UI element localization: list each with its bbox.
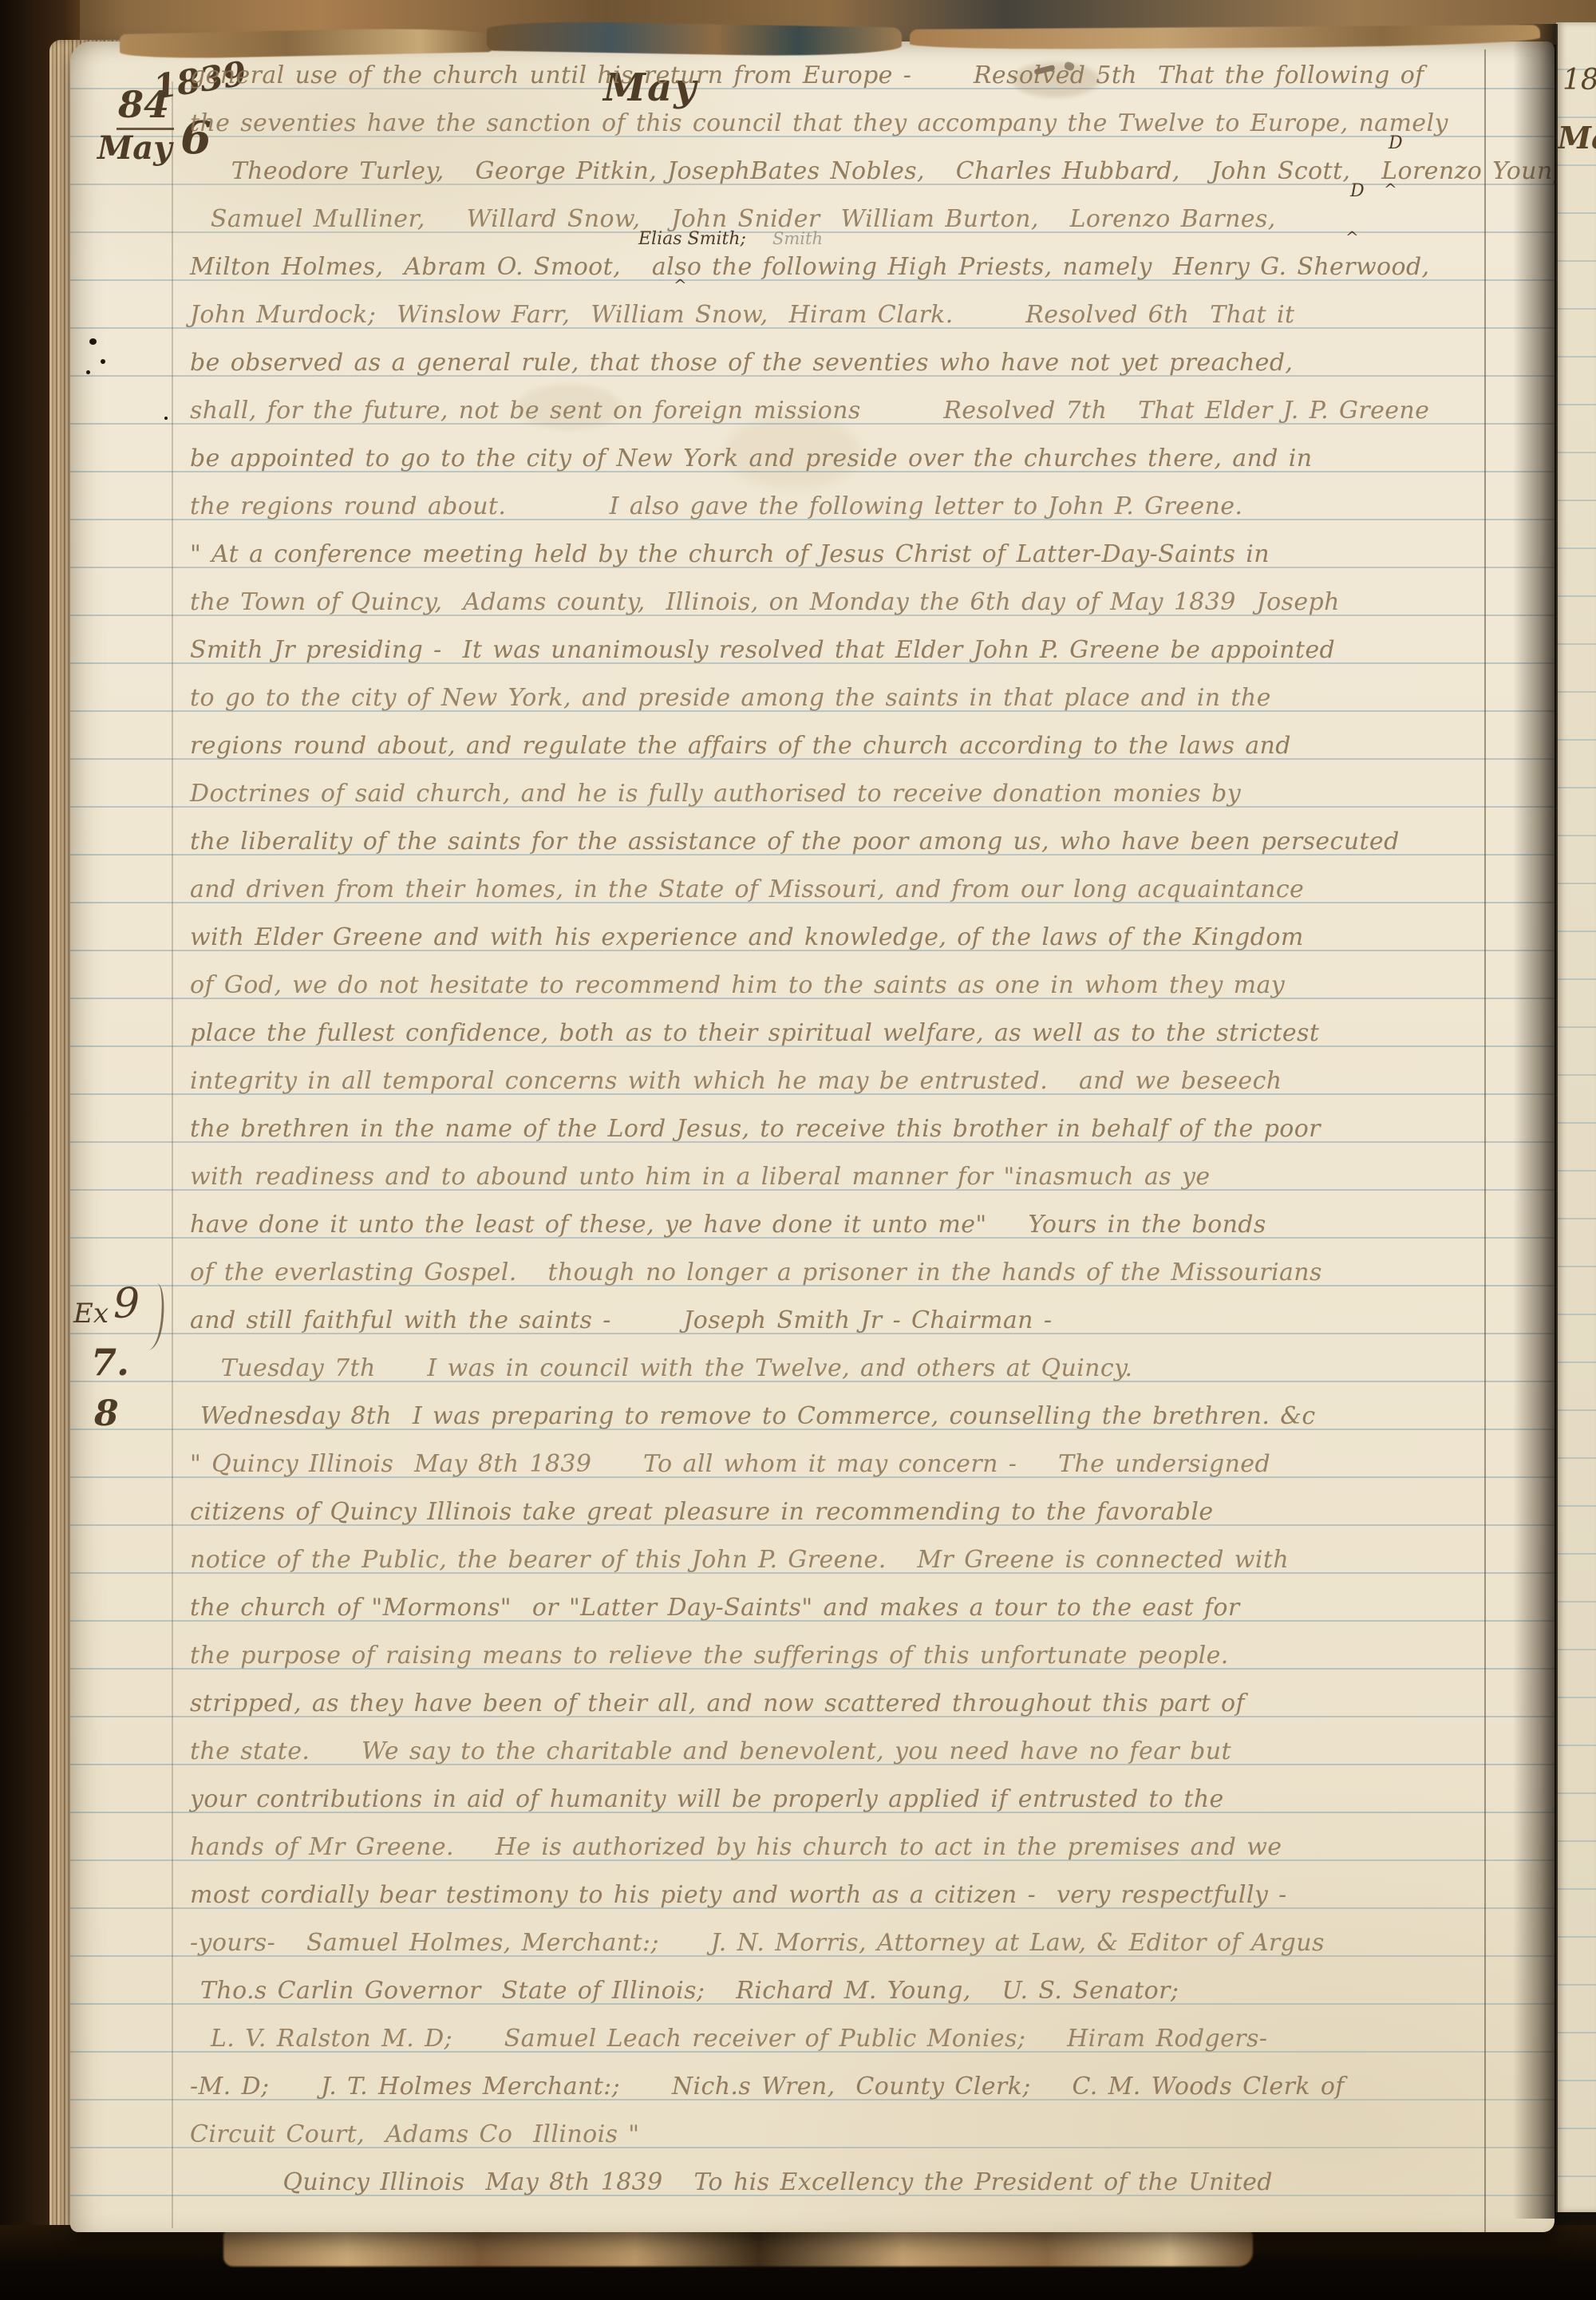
manuscript-line: have done it unto the least of these, ye… xyxy=(190,1201,1499,1249)
manuscript-line: with readiness and to abound unto him in… xyxy=(190,1153,1499,1201)
margin-note-day-7: 7. xyxy=(91,1341,129,1384)
left-margin-rule xyxy=(172,81,173,2228)
manuscript-line: to go to the city of New York, and presi… xyxy=(190,674,1499,722)
ink-speck xyxy=(86,370,90,374)
manuscript-line: and driven from their homes, in the Stat… xyxy=(190,866,1499,914)
manuscript-line: the Town of Quincy, Adams county, Illino… xyxy=(190,579,1499,626)
manuscript-line: -M. D; J. T. Holmes Merchant:; Nich.s Wr… xyxy=(190,2063,1499,2111)
manuscript-line: hands of Mr Greene. He is authorized by … xyxy=(190,1824,1499,1871)
manuscript-line: the purpose of raising means to relieve … xyxy=(190,1632,1499,1680)
manuscript-line: the liberality of the saints for the ass… xyxy=(190,818,1499,866)
caret-mark: ^ xyxy=(674,275,687,294)
caret-mark: ^ xyxy=(1345,227,1359,247)
manuscript-line: Doctrines of said church, and he is full… xyxy=(190,770,1499,818)
interlinear-insertion: D xyxy=(1350,181,1365,201)
manuscript-line: shall, for the future, not be sent on fo… xyxy=(190,387,1499,435)
ink-speck xyxy=(101,359,105,364)
page-number: 84 xyxy=(117,83,174,130)
pencil-note: Smith xyxy=(772,229,823,248)
manuscript-line: citizens of Quincy Illinois take great p… xyxy=(190,1488,1499,1536)
manuscript-line: integrity in all temporal concerns with … xyxy=(190,1057,1499,1105)
manuscript-line: your contributions in aid of humanity wi… xyxy=(190,1776,1499,1824)
manuscript-line: with Elder Greene and with his experienc… xyxy=(190,914,1499,962)
manuscript-line: L. V. Ralston M. D; Samuel Leach receive… xyxy=(190,2015,1499,2063)
manuscript-line: the seventies have the sanction of this … xyxy=(190,100,1499,148)
manuscript-line: and still faithful with the saints - Jos… xyxy=(190,1297,1499,1345)
book-gutter-shadow xyxy=(1513,24,1558,2219)
manuscript-line: Circuit Court, Adams Co Illinois " xyxy=(190,2111,1499,2159)
manuscript-page: 1839 84 May 6 May Ex 9 7. 8 general use … xyxy=(70,41,1555,2232)
margin-note-day-8: 8 xyxy=(94,1393,119,1434)
manuscript-line: Quincy Illinois May 8th 1839 To his Exce… xyxy=(190,2159,1499,2207)
manuscript-line: of the everlasting Gospel. though no lon… xyxy=(190,1249,1499,1297)
interlinear-insertion: Elias Smith; xyxy=(638,229,746,249)
manuscript-line: Tuesday 7th I was in council with the Tw… xyxy=(190,1345,1499,1393)
manuscript-line: be appointed to go to the city of New Yo… xyxy=(190,435,1499,483)
ink-speck xyxy=(164,417,168,420)
manuscript-text-block: general use of the church until his retu… xyxy=(190,52,1499,2207)
margin-note-ex-number: 9 xyxy=(113,1280,140,1328)
manuscript-line: general use of the church until his retu… xyxy=(190,52,1499,100)
manuscript-line: " Quincy Illinois May 8th 1839 To all wh… xyxy=(190,1440,1499,1488)
interlinear-insertion: D xyxy=(1389,133,1403,153)
manuscript-line: place the fullest confidence, both as to… xyxy=(190,1010,1499,1057)
manuscript-line: -yours- Samuel Holmes, Merchant:; J. N. … xyxy=(190,1919,1499,1967)
manuscript-line: the state. We say to the charitable and … xyxy=(190,1728,1499,1776)
manuscript-line: the church of "Mormons" or "Latter Day-S… xyxy=(190,1584,1499,1632)
manuscript-line: " At a conference meeting held by the ch… xyxy=(190,531,1499,579)
manuscript-line: the brethren in the name of the Lord Jes… xyxy=(190,1105,1499,1153)
manuscript-line: John Murdock; Winslow Farr, William Snow… xyxy=(190,291,1499,339)
manuscript-line: stripped, as they have been of their all… xyxy=(190,1680,1499,1728)
manuscript-line: Milton Holmes, Abram O. Smoot, also the … xyxy=(190,243,1499,291)
facing-page-sliver xyxy=(1556,22,1596,2212)
manuscript-line: Tho.s Carlin Governor State of Illinois;… xyxy=(190,1967,1499,2015)
manuscript-line: Samuel Mulliner, Willard Snow, John Snid… xyxy=(190,196,1499,243)
caret-mark: ^ xyxy=(1384,180,1397,199)
manuscript-line: notice of the Public, the bearer of this… xyxy=(190,1536,1499,1584)
ink-speck xyxy=(89,338,97,345)
margin-note-ex: Ex xyxy=(73,1298,109,1330)
manuscript-line: be observed as a general rule, that thos… xyxy=(190,339,1499,387)
manuscript-line: Wednesday 8th I was preparing to remove … xyxy=(190,1393,1499,1440)
corner-month-annotation: May xyxy=(97,129,172,167)
manuscript-line: Smith Jr presiding - It was unanimously … xyxy=(190,626,1499,674)
manuscript-line: regions round about, and regulate the af… xyxy=(190,722,1499,770)
manuscript-line: the regions round about. I also gave the… xyxy=(190,483,1499,531)
manuscript-line: Theodore Turley, George Pitkin, JosephBa… xyxy=(190,148,1499,196)
manuscript-line: most cordially bear testimony to his pie… xyxy=(190,1871,1499,1919)
manuscript-line: of God, we do not hesitate to recommend … xyxy=(190,962,1499,1010)
facing-page-year-fragment: 18 xyxy=(1562,64,1596,97)
facing-page-month-fragment: May xyxy=(1558,120,1596,156)
margin-bracket xyxy=(144,1282,168,1351)
page-bottom-deckle-edge xyxy=(223,2230,1253,2266)
